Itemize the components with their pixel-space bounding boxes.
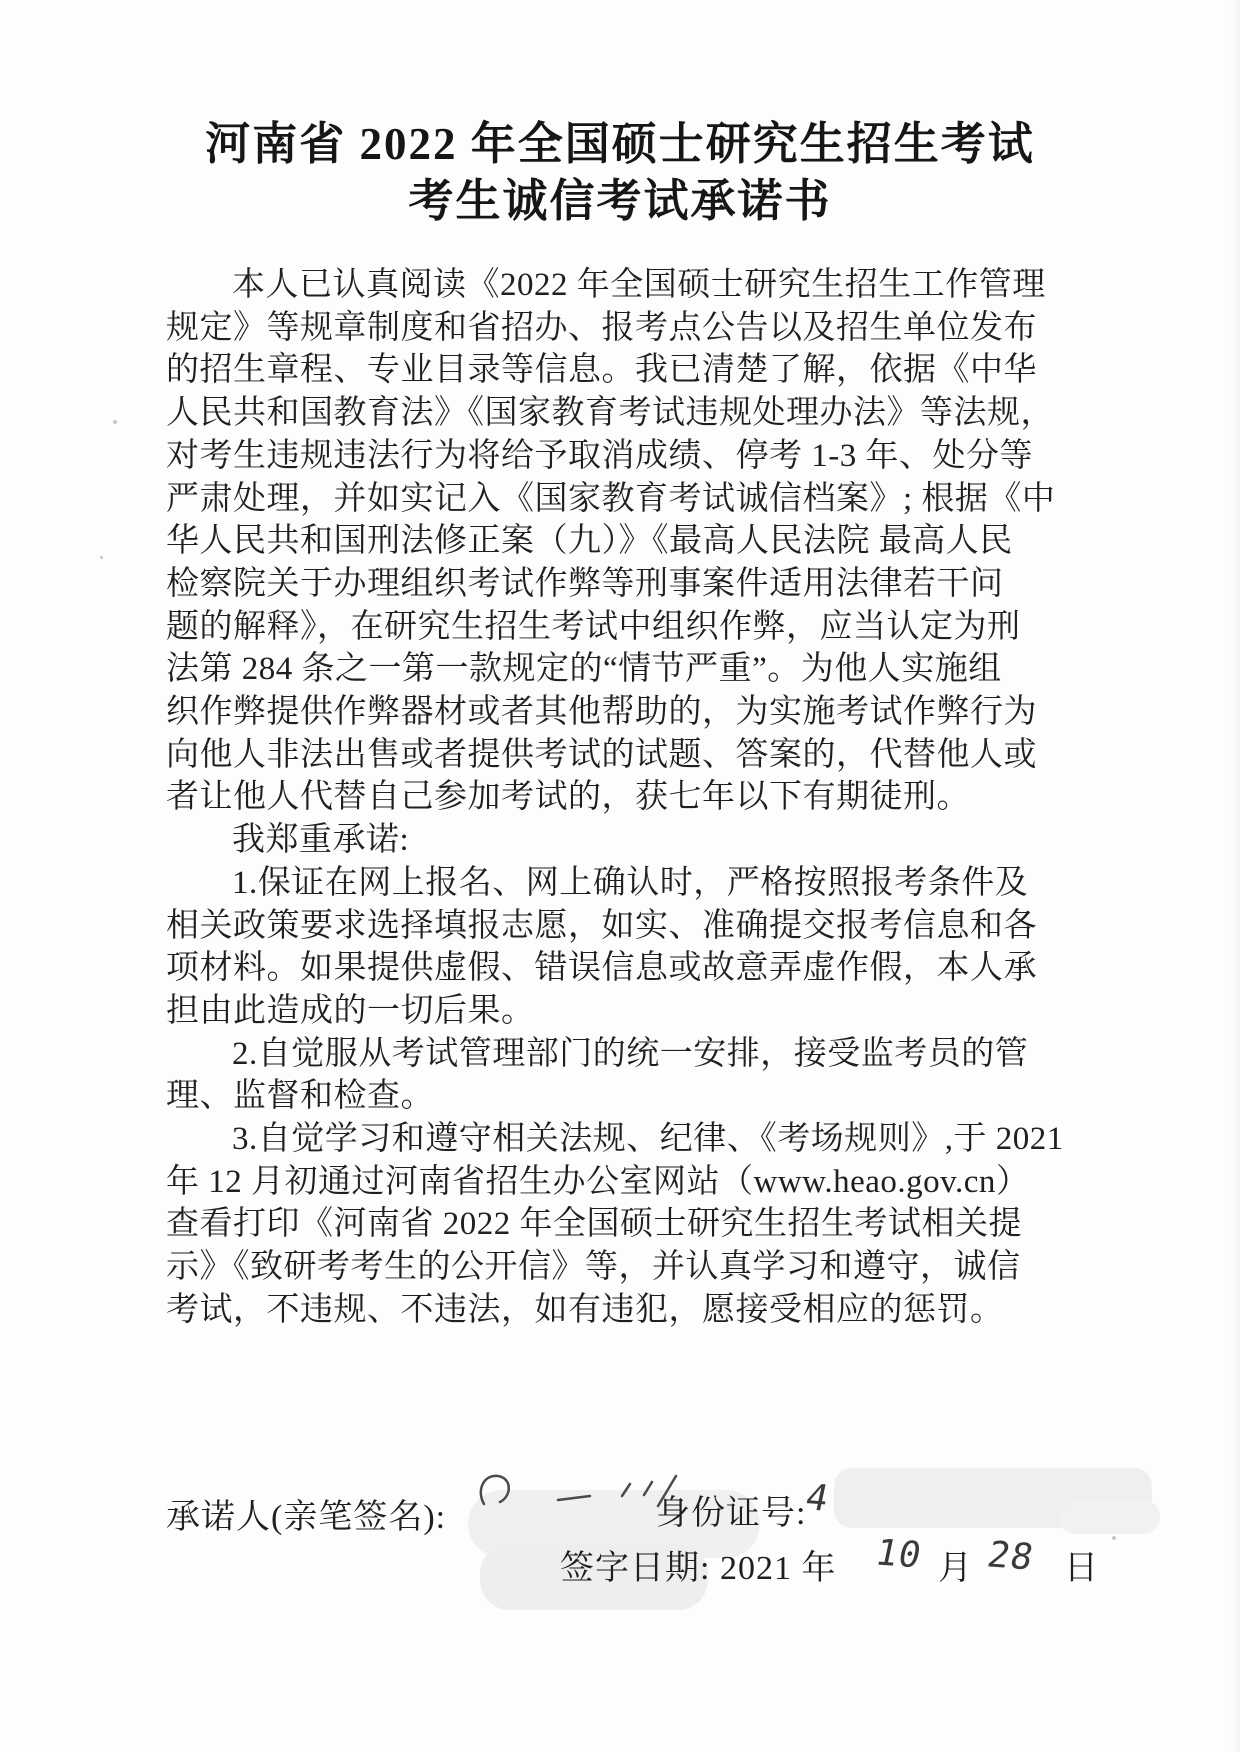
document-title-line1: 河南省 2022 年全国硕士研究生招生考试 [0, 116, 1240, 173]
body-line: 我郑重承诺: [166, 819, 992, 862]
body-line: 华人民共和国刑法修正案（九）》《最高人民法院 最高人民 [166, 520, 992, 563]
body-line: 年 12 月初通过河南省招生办公室网站（www.heao.gov.cn） [166, 1161, 992, 1204]
body-line: 示》《致研考考生的公开信》等，并认真学习和遵守，诚信 [166, 1246, 992, 1289]
id-number-redaction [834, 1468, 1152, 1528]
body-line: 法第 284 条之一第一款规定的“情节严重”。为他人实施组 [166, 648, 992, 691]
body-line: 对考生违规违法行为将给予取消成绩、停考 1-3 年、处分等 [166, 435, 992, 478]
body-line: 者让他人代替自己参加考试的，获七年以下有期徒刑。 [166, 776, 992, 819]
id-number-first-digit: 4 [802, 1477, 833, 1519]
body-line: 2.自觉服从考试管理部门的统一安排，接受监考员的管 [166, 1033, 992, 1076]
body-line: 查看打印《河南省 2022 年全国硕士研究生招生考试相关提 [166, 1203, 992, 1246]
id-number-redaction-tail [1060, 1500, 1160, 1534]
id-number-label: 身份证号: [656, 1485, 806, 1534]
body-line: 项材料。如果提供虚假、错误信息或故意弄虚作假，本人承 [166, 947, 992, 990]
sign-date-month-handwritten: 10 [876, 1534, 921, 1575]
body-line: 人民共和国教育法》《国家教育考试违规处理办法》等法规， [166, 392, 992, 435]
body-line: 规定》等规章制度和省招办、报考点公告以及招生单位发布 [166, 307, 992, 350]
body-line: 1.保证在网上报名、网上确认时，严格按照报考条件及 [166, 862, 992, 905]
document-body: 本人已认真阅读《2022 年全国硕士研究生招生工作管理 规定》等规章制度和省招办… [166, 264, 992, 1332]
sign-date-month-unit: 月 [938, 1540, 973, 1589]
scanned-document-page: 河南省 2022 年全国硕士研究生招生考试 考生诚信考试承诺书 本人已认真阅读《… [0, 0, 1240, 1752]
body-line: 检察院关于办理组织考试作弊等刑事案件适用法律若干问 [166, 563, 992, 606]
document-title: 河南省 2022 年全国硕士研究生招生考试 考生诚信考试承诺书 [0, 116, 1240, 230]
scan-speck [100, 556, 103, 559]
scan-speck [113, 420, 117, 424]
body-line: 理、监督和检查。 [166, 1075, 992, 1118]
body-line: 向他人非法出售或者提供考试的试题、答案的，代替他人或 [166, 734, 992, 777]
sign-date-day-unit: 日 [1064, 1540, 1099, 1589]
body-line: 担由此造成的一切后果。 [166, 990, 992, 1033]
body-line: 的招生章程、专业目录等信息。我已清楚了解，依据《中华 [166, 349, 992, 392]
document-title-line2: 考生诚信考试承诺书 [0, 173, 1240, 230]
body-line: 织作弊提供作弊器材或者其他帮助的，为实施考试作弊行为 [166, 691, 992, 734]
body-line: 本人已认真阅读《2022 年全国硕士研究生招生工作管理 [166, 264, 992, 307]
body-line: 严肃处理，并如实记入《国家教育考试诚信档案》; 根据《中 [166, 478, 992, 521]
signer-label: 承诺人(亲笔签名): [166, 1489, 446, 1538]
body-line: 3.自觉学习和遵守相关法规、纪律、《考场规则》,于 2021 [166, 1118, 992, 1161]
scan-speck [1112, 1536, 1116, 1540]
body-line: 相关政策要求选择填报志愿，如实、准确提交报考信息和各 [166, 905, 992, 948]
body-line: 考试，不违规、不违法，如有违犯，愿接受相应的惩罚。 [166, 1289, 992, 1332]
sign-date-label: 签字日期: 2021 年 [560, 1540, 836, 1589]
sign-date-day-handwritten: 28 [988, 1536, 1033, 1577]
body-line: 题的解释》，在研究生招生考试中组织作弊，应当认定为刑 [166, 606, 992, 649]
